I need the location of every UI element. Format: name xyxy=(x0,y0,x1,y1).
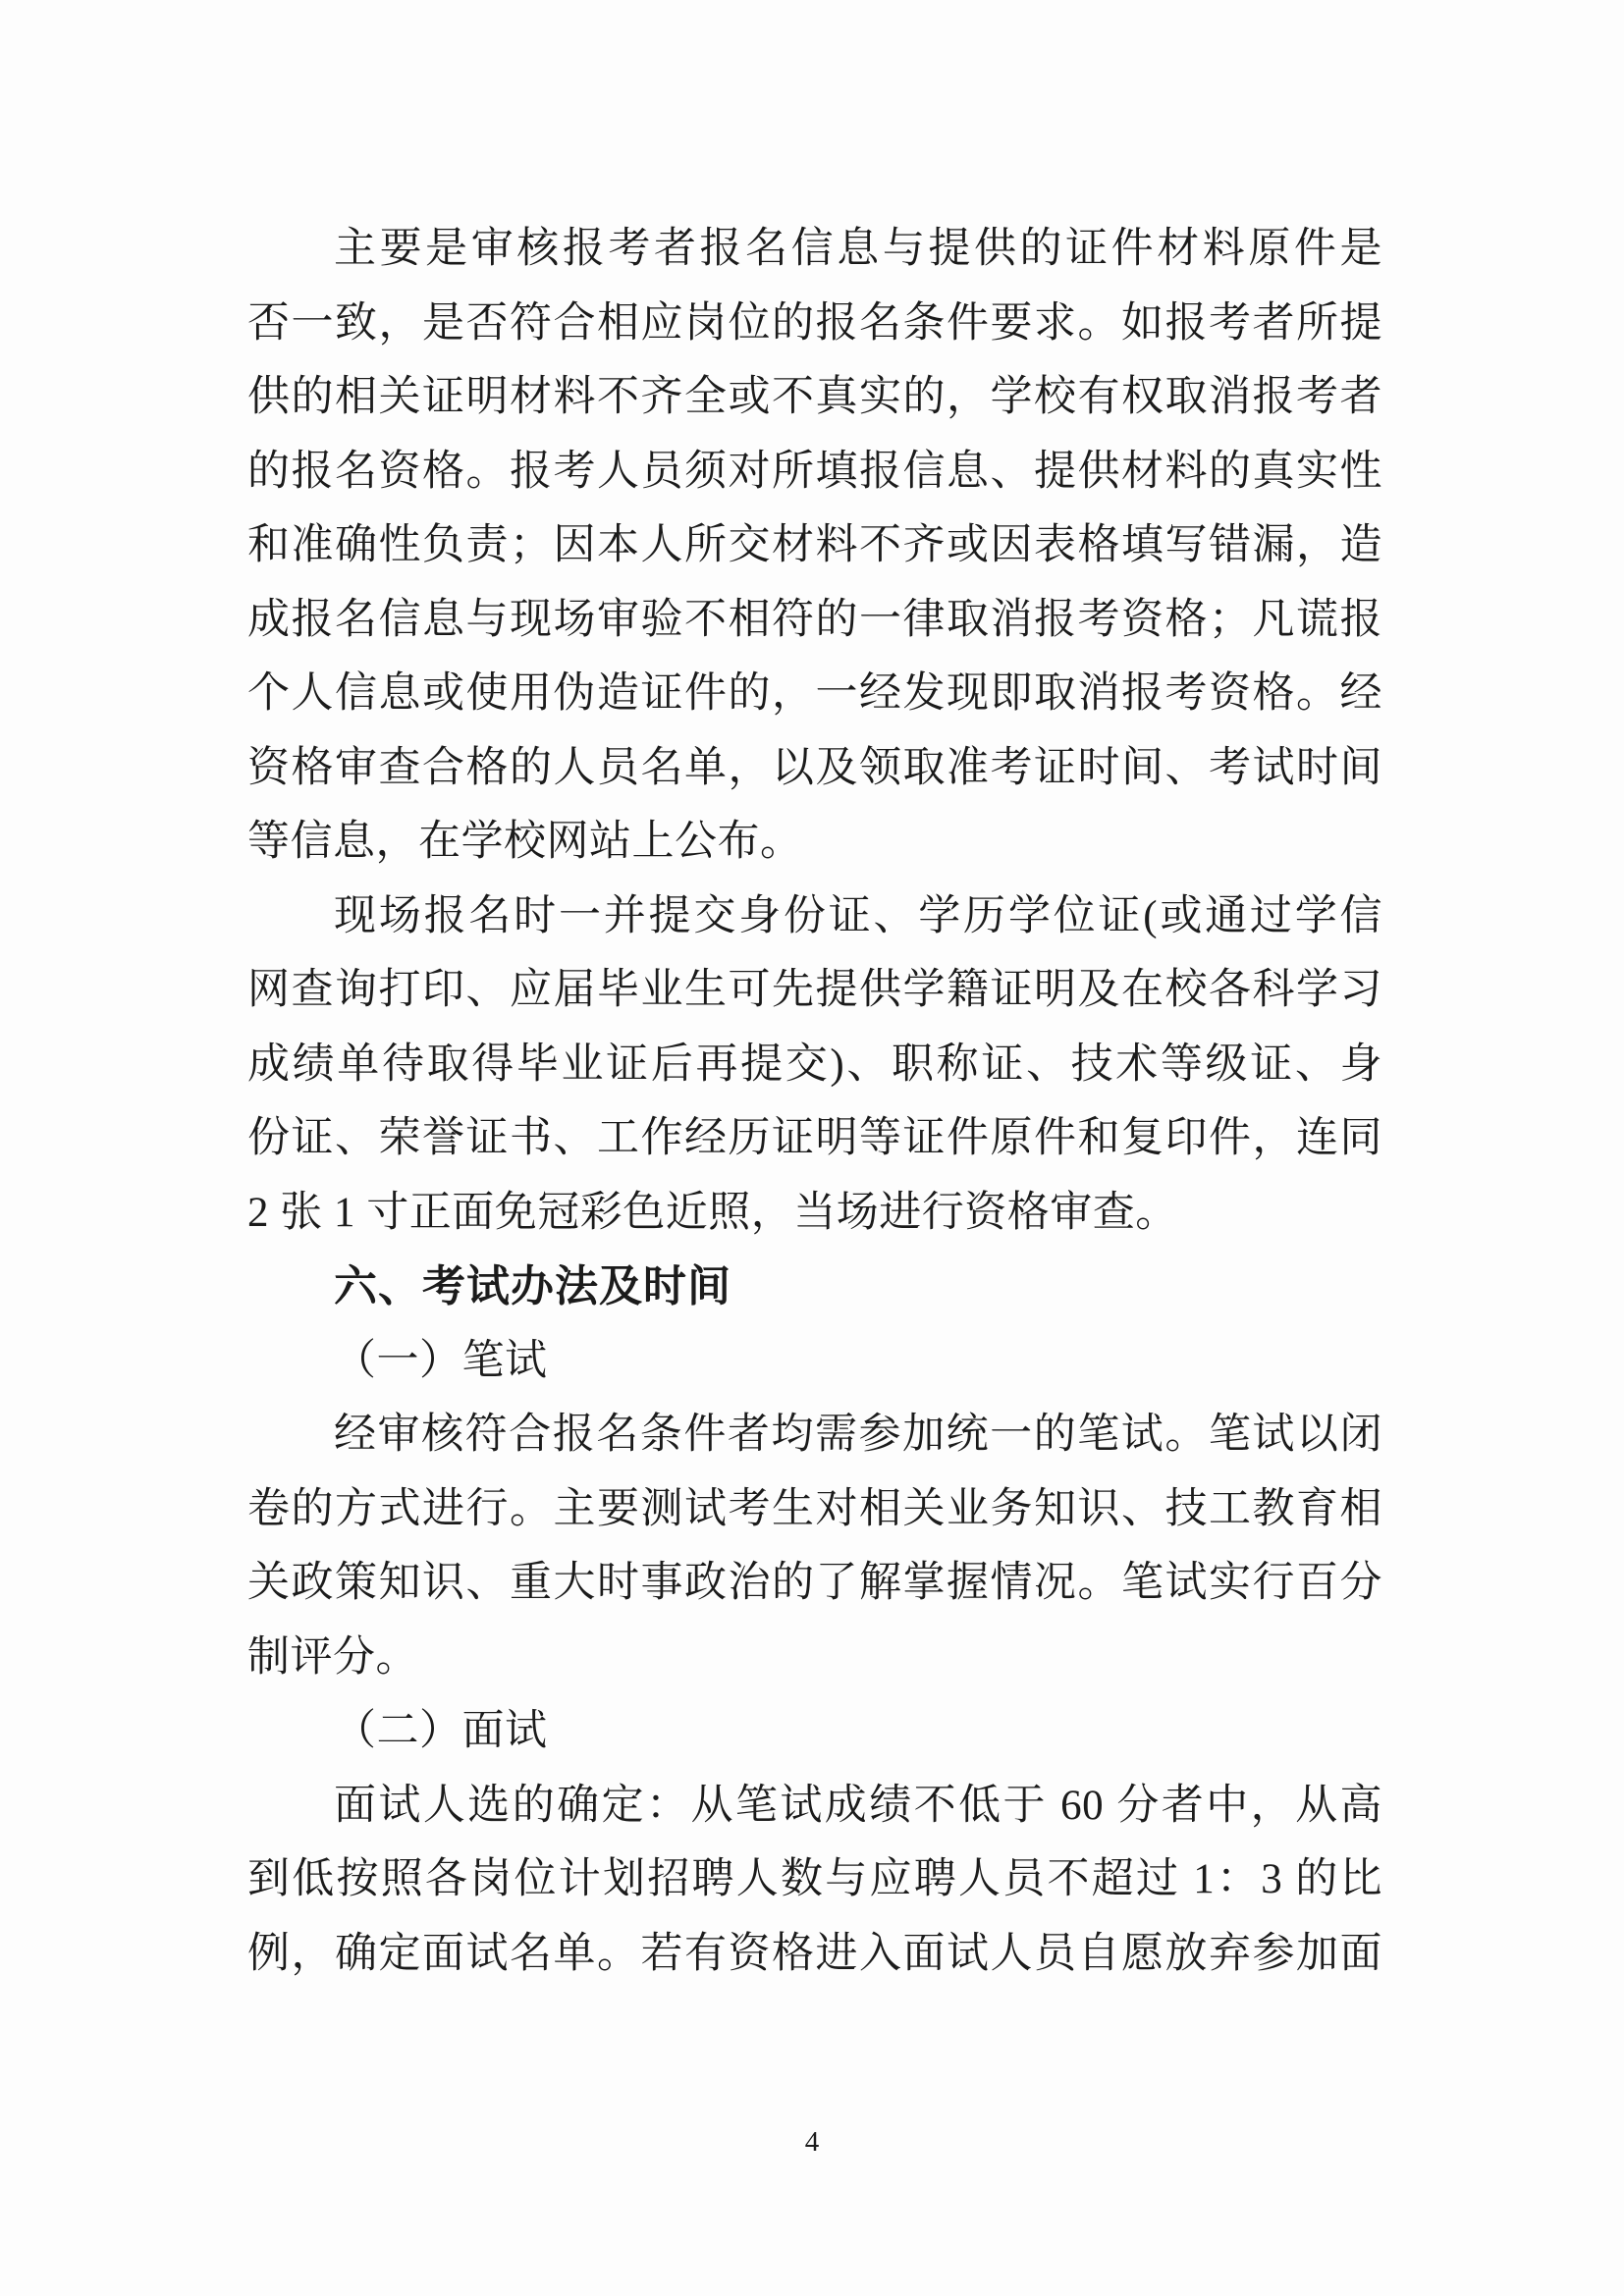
paragraph-line: 供的相关证明材料不齐全或不真实的，学校有权取消报考者 xyxy=(247,360,1382,435)
paragraph-line: 否一致，是否符合相应岗位的报名条件要求。如报考者所提 xyxy=(247,287,1382,361)
paragraph-line: 到低按照各岗位计划招聘人数与应聘人员不超过 1：3 的比 xyxy=(247,1842,1382,1917)
section-heading: 六、考试办法及时间 xyxy=(247,1250,1382,1324)
document-page: 主要是审核报考者报名信息与提供的证件材料原件是 否一致，是否符合相应岗位的报名条… xyxy=(0,0,1624,2296)
document-body: 主要是审核报考者报名信息与提供的证件材料原件是 否一致，是否符合相应岗位的报名条… xyxy=(247,212,1382,1991)
paragraph-line: 和准确性负责；因本人所交材料不齐或因表格填写错漏，造 xyxy=(247,508,1382,583)
paragraph-line: 例，确定面试名单。若有资格进入面试人员自愿放弃参加面 xyxy=(247,1917,1382,1992)
paragraph-line: 主要是审核报考者报名信息与提供的证件材料原件是 xyxy=(247,212,1382,287)
paragraph-line: 面试人选的确定：从笔试成绩不低于 60 分者中，从高 xyxy=(247,1769,1382,1843)
paragraph-line: 经审核符合报名条件者均需参加统一的笔试。笔试以闭 xyxy=(247,1398,1382,1472)
paragraph-line: 份证、荣誉证书、工作经历证明等证件原件和复印件，连同 xyxy=(247,1101,1382,1176)
paragraph-line: 个人信息或使用伪造证件的，一经发现即取消报考资格。经 xyxy=(247,657,1382,731)
paragraph-line: 制评分。 xyxy=(247,1621,1382,1695)
paragraph-line: 成报名信息与现场审验不相符的一律取消报考资格；凡谎报 xyxy=(247,583,1382,658)
paragraph-line: 资格审查合格的人员名单，以及领取准考证时间、考试时间 xyxy=(247,731,1382,806)
sub-heading-written-test: （一）笔试 xyxy=(247,1324,1382,1399)
page-number: 4 xyxy=(0,2122,1624,2162)
paragraph-line: 关政策知识、重大时事政治的了解掌握情况。笔试实行百分 xyxy=(247,1546,1382,1621)
paragraph-line: 的报名资格。报考人员须对所填报信息、提供材料的真实性 xyxy=(247,435,1382,509)
sub-heading-interview: （二）面试 xyxy=(247,1694,1382,1769)
paragraph-line: 网查询打印、应届毕业生可先提供学籍证明及在校各科学习 xyxy=(247,953,1382,1028)
paragraph-line: 2 张 1 寸正面免冠彩色近照，当场进行资格审查。 xyxy=(247,1176,1382,1251)
paragraph-line: 等信息，在学校网站上公布。 xyxy=(247,805,1382,880)
paragraph-line: 成绩单待取得毕业证后再提交)、职称证、技术等级证、身 xyxy=(247,1028,1382,1102)
paragraph-line: 卷的方式进行。主要测试考生对相关业务知识、技工教育相 xyxy=(247,1472,1382,1547)
paragraph-line: 现场报名时一并提交身份证、学历学位证(或通过学信 xyxy=(247,880,1382,954)
